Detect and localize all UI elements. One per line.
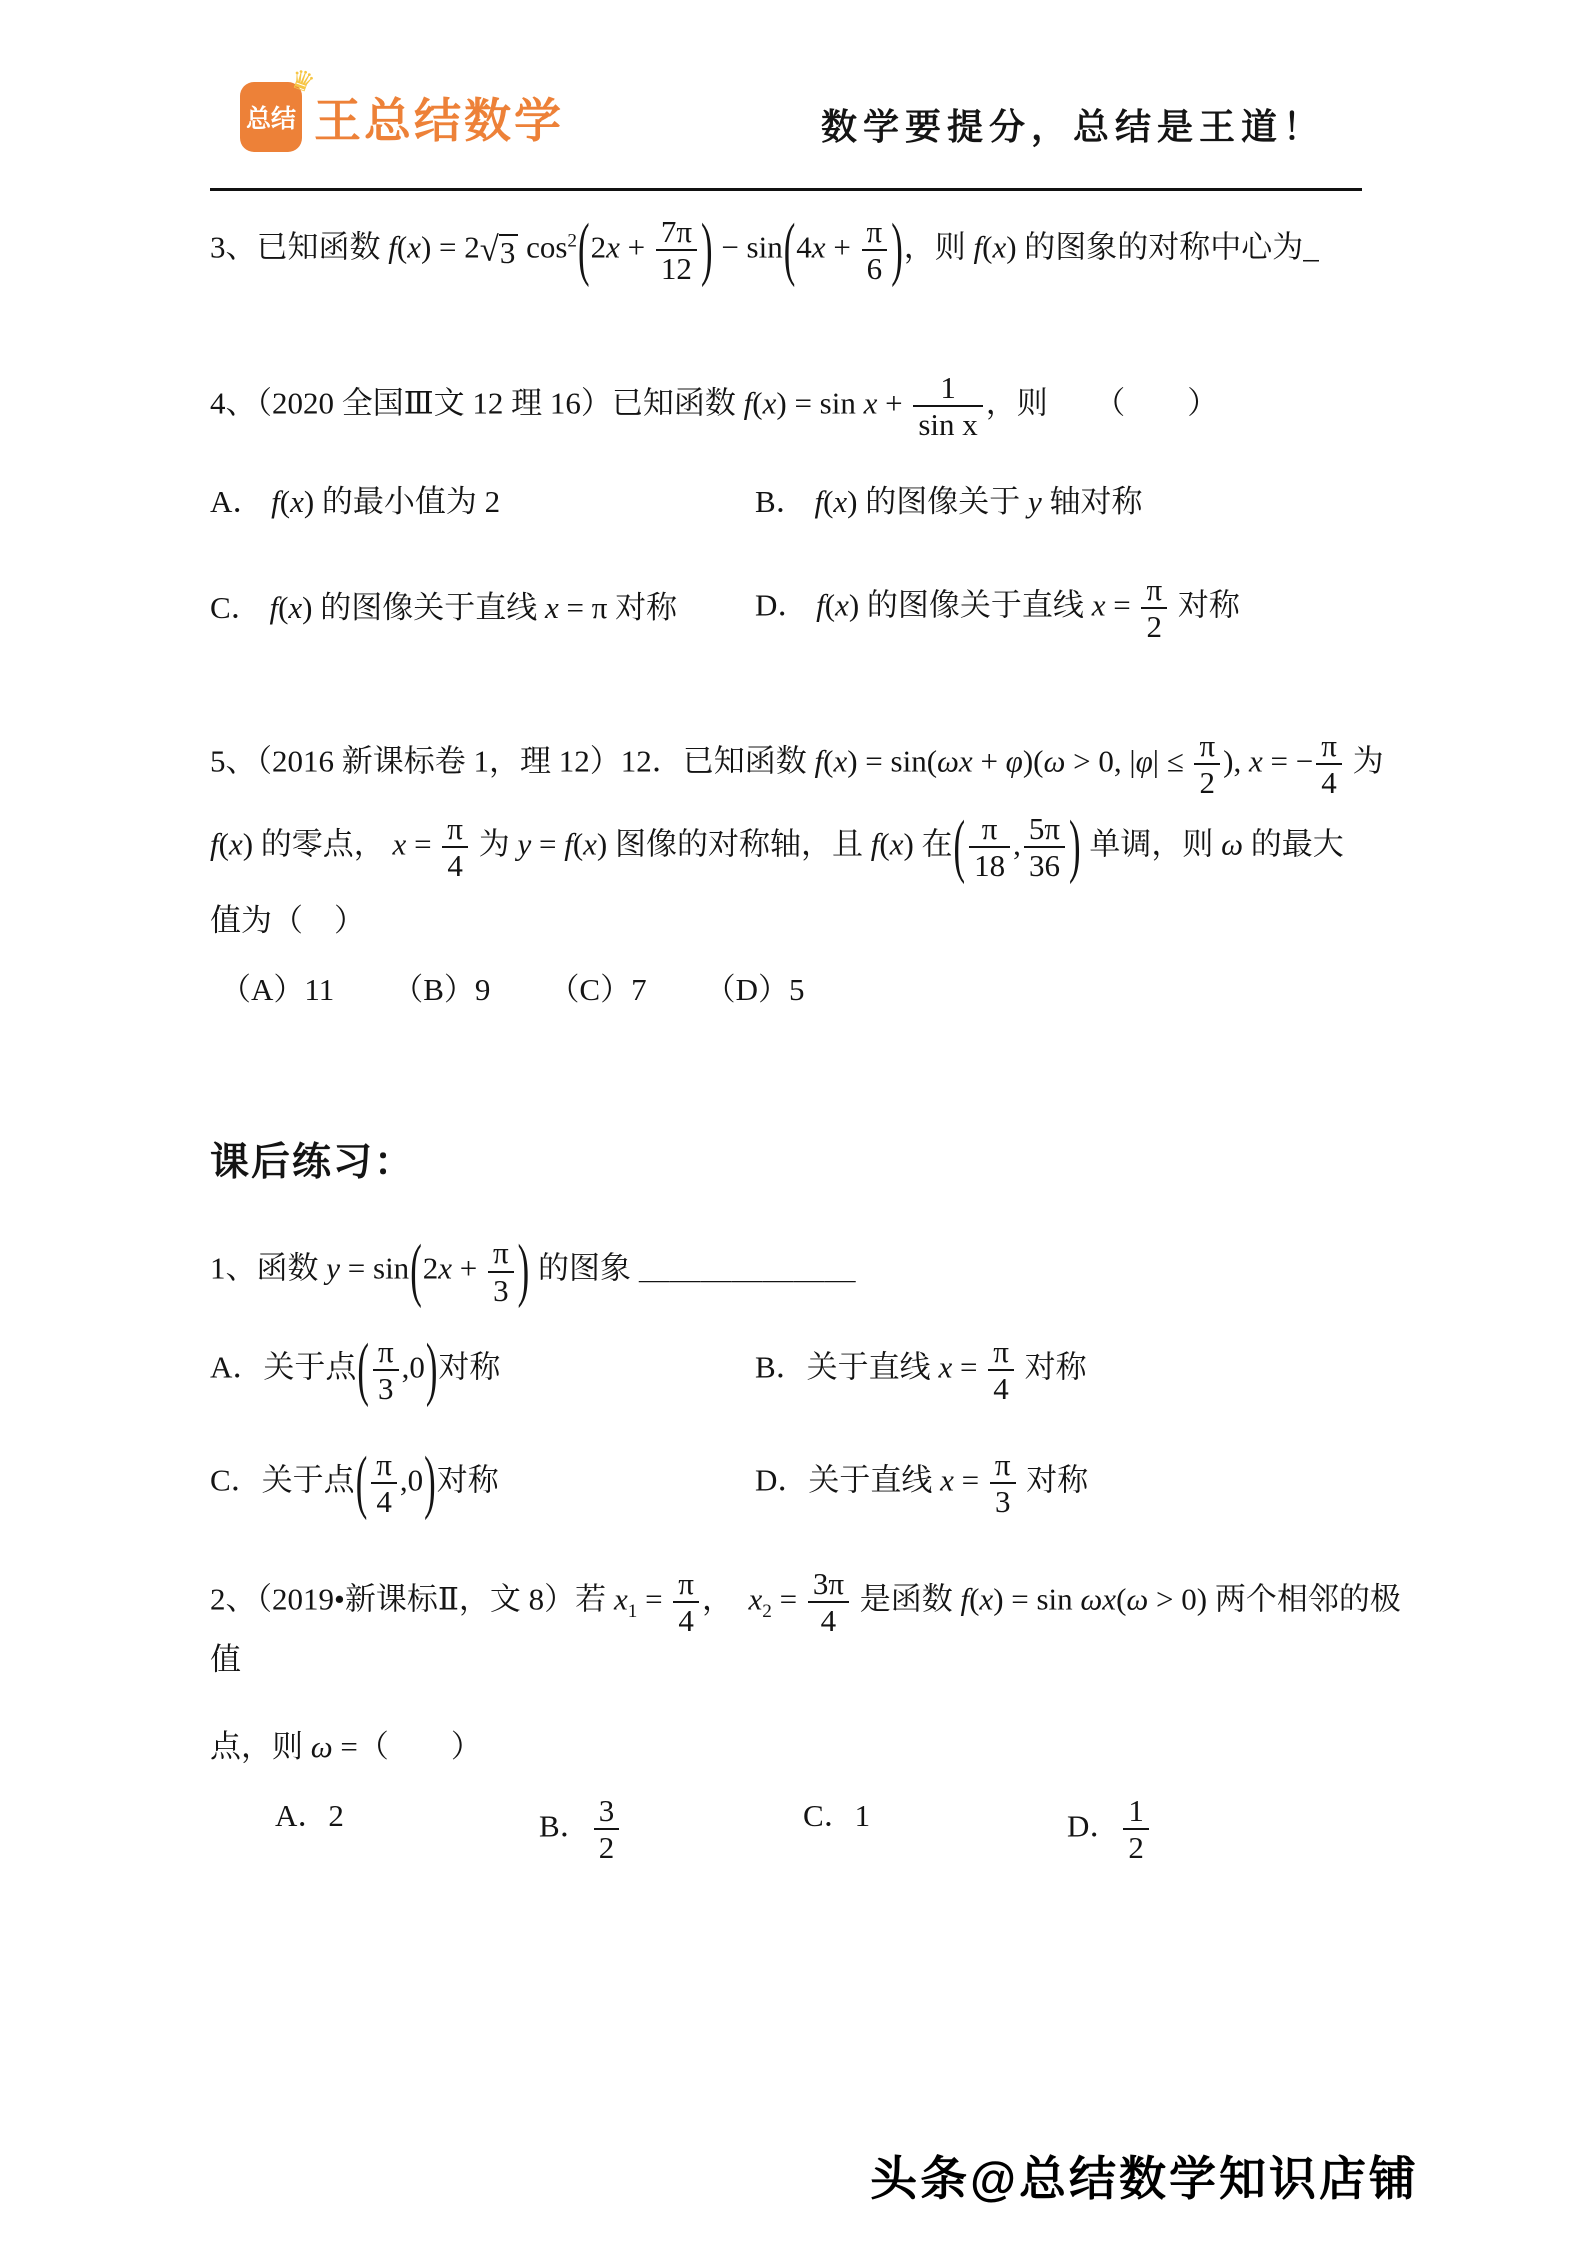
question-5-choice-c: （C）7 (548, 968, 646, 1013)
question-5-line-2: f(x) 的零点， x = π4 为 y = f(x) 图像的对称轴，且 f(x… (210, 812, 1428, 883)
exercise-1-options-ab: A．关于点(π3,0)对称 B．关于直线 x = π4 对称 (210, 1335, 1428, 1406)
question-4-option-c: C． f(x) 的图像关于直线 x = π 对称 (210, 586, 755, 631)
worksheet-page: ♛ 总结 王总结数学 数学要提分，总结是王道！ 3、已知函数 f(x) = 2√… (0, 0, 1587, 2245)
slogan: 数学要提分，总结是王道！ (821, 99, 1325, 152)
exercise-2-choice-c: C．1 (803, 1794, 1067, 1865)
homework-heading: 课后练习： (210, 1135, 1428, 1192)
exercise-2-choice-d: D．12 (1067, 1794, 1331, 1865)
exercise-1-options-cd: C．关于点(π4,0)对称 D．关于直线 x = π3 对称 (210, 1448, 1428, 1519)
exercise-1-option-a: A．关于点(π3,0)对称 (210, 1335, 755, 1406)
page-header: ♛ 总结 王总结数学 数学要提分，总结是王道！ (210, 82, 1425, 152)
question-4-options-ab: A． f(x) 的最小值为 2 B． f(x) 的图像关于 y 轴对称 (210, 480, 1428, 525)
question-4-option-d: D． f(x) 的图像关于直线 x = π2 对称 (755, 573, 1240, 644)
exercise-1-stem: 1、函数 y = sin(2x + π3) 的图象 ＿＿＿＿＿＿＿ (210, 1236, 1428, 1307)
exercise-2-choice-b: B．32 (539, 1794, 803, 1865)
exercise-1-option-c: C．关于点(π4,0)对称 (210, 1448, 755, 1519)
question-5-choice-a: （A）11 (220, 968, 334, 1013)
exercise-2-line-2: 点，则 ω =（ ） (210, 1725, 1428, 1770)
header-divider (210, 188, 1362, 191)
question-5-choice-b: （B）9 (392, 968, 490, 1013)
question-4-options-cd: C． f(x) 的图像关于直线 x = π 对称 D． f(x) 的图像关于直线… (210, 573, 1428, 644)
question-4-option-a: A． f(x) 的最小值为 2 (210, 480, 755, 525)
brand-logo: ♛ 总结 王总结数学 (240, 82, 564, 152)
logo-badge-text: 总结 (246, 99, 296, 135)
logo-badge: ♛ 总结 (240, 82, 302, 152)
question-4-option-b: B． f(x) 的图像关于 y 轴对称 (755, 480, 1143, 525)
exercise-2-line-1: 2、（2019•新课标Ⅱ，文 8）若 x1 = π4， x2 = 3π4 是函数… (210, 1567, 1428, 1683)
watermark: 头条@总结数学知识店铺 (870, 2142, 1419, 2209)
worksheet-content: 3、已知函数 f(x) = 2√3 cos2(2x + 7π12) − sin(… (210, 200, 1428, 1865)
question-5-line-1: 5、（2016 新课标卷 1，理 12）12．已知函数 f(x) = sin(ω… (210, 729, 1428, 800)
exercise-2-choice-a: A．2 (275, 1794, 539, 1865)
brand-name: 王总结数学 (314, 84, 564, 151)
question-3: 3、已知函数 f(x) = 2√3 cos2(2x + 7π12) − sin(… (210, 215, 1428, 286)
question-5-choice-d: （D）5 (705, 968, 805, 1013)
question-5-choices: （A）11 （B）9 （C）7 （D）5 (220, 968, 1428, 1013)
exercise-2-choices: A．2 B．32 C．1 D．12 (275, 1794, 1428, 1865)
exercise-1-option-d: D．关于直线 x = π3 对称 (755, 1448, 1088, 1519)
question-5-line-3: 值为（ ） (210, 899, 1428, 944)
exercise-1-option-b: B．关于直线 x = π4 对称 (755, 1335, 1087, 1406)
question-4-stem: 4、（2020 全国Ⅲ文 12 理 16）已知函数 f(x) = sin x +… (210, 371, 1428, 442)
